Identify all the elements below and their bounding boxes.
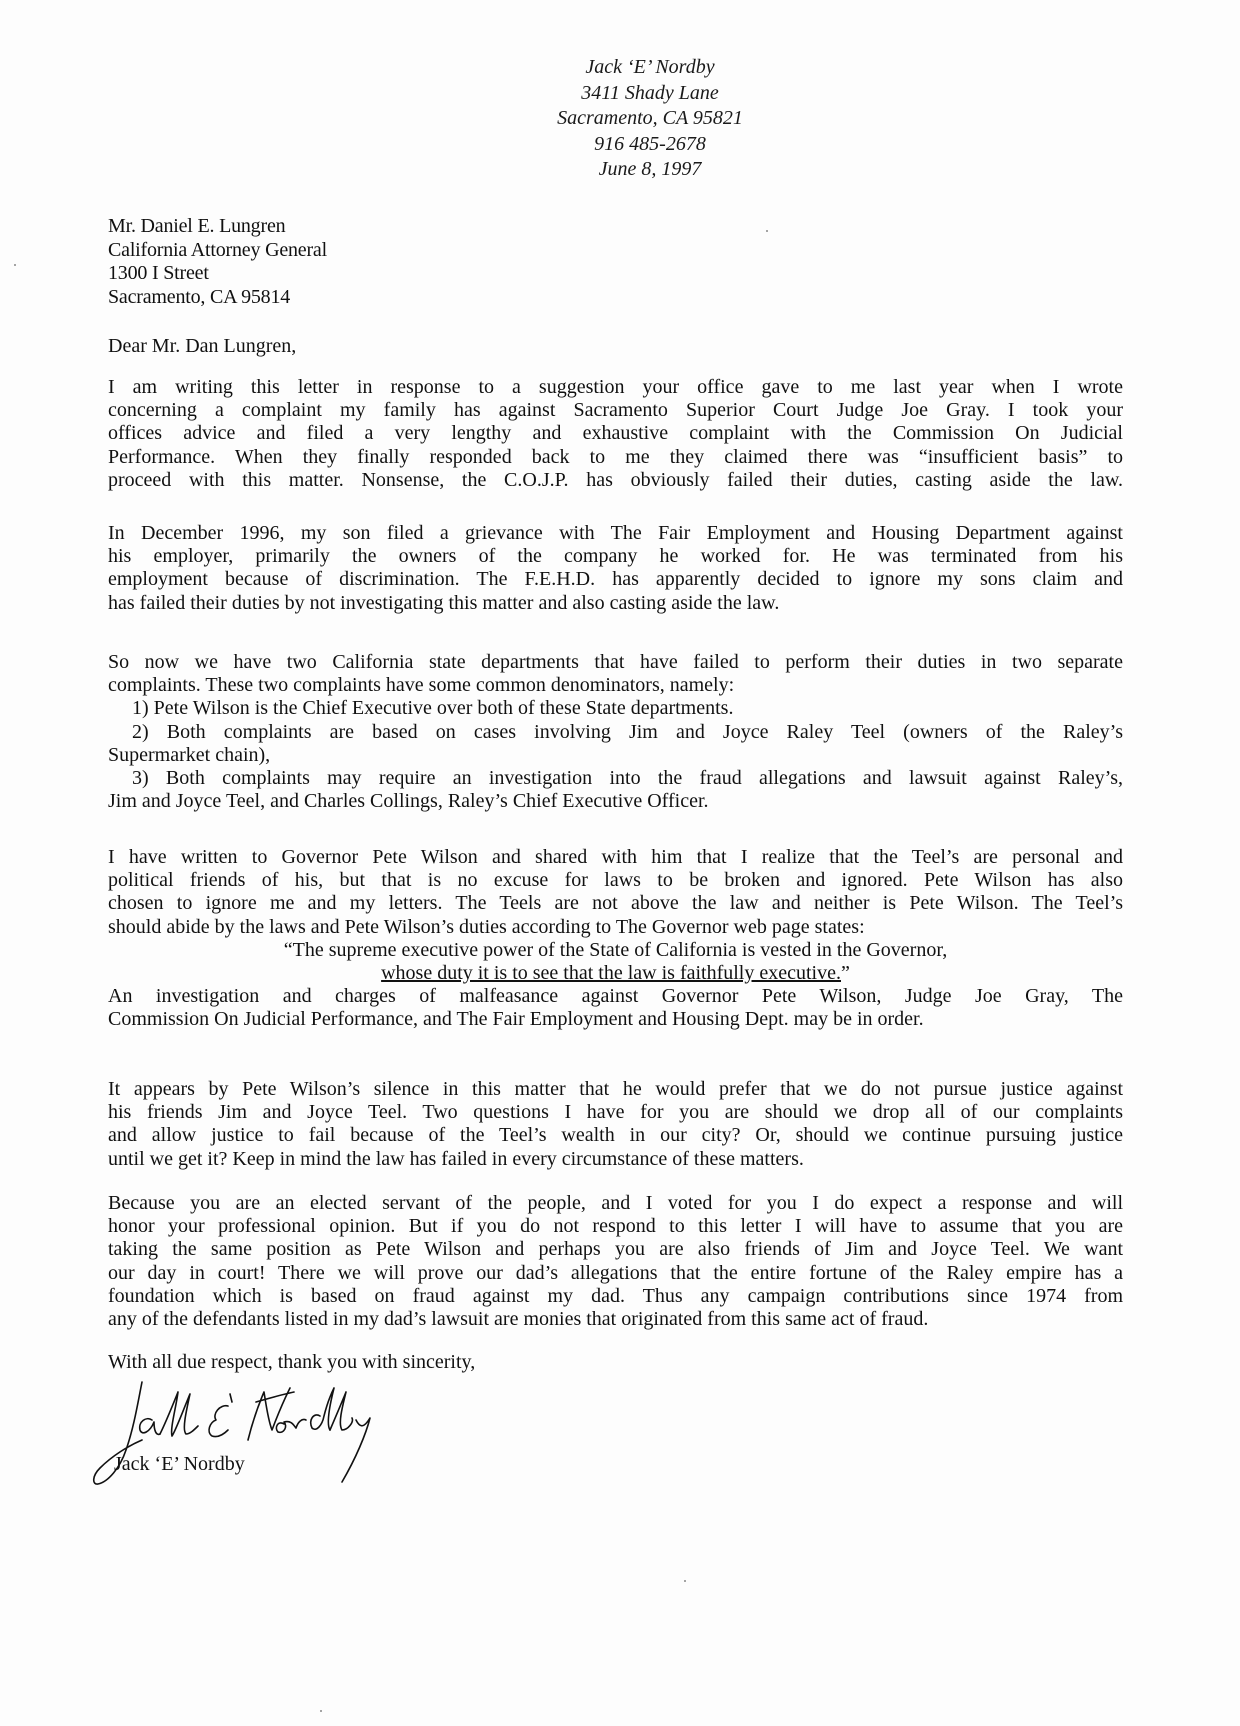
paragraph-line: honor your professional opinion. But if … bbox=[108, 1215, 1123, 1238]
list-item-2-continued: Supermarket chain), bbox=[108, 744, 1123, 767]
paragraph-line: taking the same position as Pete Wilson … bbox=[108, 1238, 1123, 1261]
governor-quote-line-1: “The supreme executive power of the Stat… bbox=[108, 939, 1123, 962]
paragraph-line: our day in court! There we will prove ou… bbox=[108, 1262, 1123, 1285]
recipient-street: 1300 I Street bbox=[108, 262, 327, 286]
paragraph-line: I am writing this letter in response to … bbox=[108, 376, 1123, 399]
body-paragraph-4: I have written to Governor Pete Wilson a… bbox=[108, 846, 1123, 1032]
paragraph-line: Because you are an elected servant of th… bbox=[108, 1192, 1123, 1215]
paragraph-line: concerning a complaint my family has aga… bbox=[108, 399, 1123, 422]
paragraph-line: until we get it? Keep in mind the law ha… bbox=[108, 1148, 1123, 1171]
paragraph-line: foundation which is based on fraud again… bbox=[108, 1285, 1123, 1308]
closing-line: With all due respect, thank you with sin… bbox=[108, 1350, 475, 1374]
paragraph-line: his employer, primarily the owners of th… bbox=[108, 545, 1123, 568]
salutation: Dear Mr. Dan Lungren, bbox=[108, 334, 296, 358]
body-paragraph-5: It appears by Pete Wilson’s silence in t… bbox=[108, 1078, 1123, 1171]
recipient-address-block: Mr. Daniel E. Lungren California Attorne… bbox=[108, 215, 327, 309]
scan-speck bbox=[320, 1710, 322, 1712]
paragraph-line: offices advice and filed a very lengthy … bbox=[108, 422, 1123, 445]
governor-quote-line-2: whose duty it is to see that the law is … bbox=[108, 962, 1123, 985]
recipient-name: Mr. Daniel E. Lungren bbox=[108, 215, 327, 239]
signer-name: Jack ‘E’ Nordby bbox=[114, 1452, 245, 1476]
sender-phone: 916 485-2678 bbox=[520, 132, 780, 158]
letter-date: June 8, 1997 bbox=[520, 157, 780, 183]
paragraph-line: Performance. When they finally responded… bbox=[108, 446, 1123, 469]
quote-close: ” bbox=[841, 962, 850, 984]
scan-speck bbox=[766, 230, 768, 232]
scan-speck bbox=[14, 264, 16, 266]
paragraph-line: I have written to Governor Pete Wilson a… bbox=[108, 846, 1123, 869]
underlined-quote: whose duty it is to see that the law is … bbox=[381, 962, 841, 984]
list-item-2: 2) Both complaints are based on cases in… bbox=[108, 721, 1123, 744]
paragraph-line: complaints. These two complaints have so… bbox=[108, 674, 1123, 697]
paragraph-line: Commission On Judicial Performance, and … bbox=[108, 1008, 1123, 1031]
paragraph-line: proceed with this matter. Nonsense, the … bbox=[108, 469, 1123, 492]
body-paragraph-2: In December 1996, my son filed a grievan… bbox=[108, 522, 1123, 615]
letter-page: Jack ‘E’ Nordby 3411 Shady Lane Sacramen… bbox=[0, 0, 1240, 1726]
sender-city: Sacramento, CA 95821 bbox=[520, 106, 780, 132]
sender-street: 3411 Shady Lane bbox=[520, 81, 780, 107]
sender-name: Jack ‘E’ Nordby bbox=[520, 55, 780, 81]
scan-speck bbox=[684, 1580, 686, 1582]
paragraph-line: political friends of his, but that is no… bbox=[108, 869, 1123, 892]
recipient-city: Sacramento, CA 95814 bbox=[108, 286, 327, 310]
paragraph-line: An investigation and charges of malfeasa… bbox=[108, 985, 1123, 1008]
list-item-3-continued: Jim and Joyce Teel, and Charles Collings… bbox=[108, 790, 1123, 813]
paragraph-line: So now we have two California state depa… bbox=[108, 651, 1123, 674]
list-item-1: 1) Pete Wilson is the Chief Executive ov… bbox=[108, 697, 1123, 720]
paragraph-line: employment because of discrimination. Th… bbox=[108, 568, 1123, 591]
paragraph-line: and allow justice to fail because of the… bbox=[108, 1124, 1123, 1147]
body-paragraph-3: So now we have two California state depa… bbox=[108, 651, 1123, 813]
body-paragraph-6: Because you are an elected servant of th… bbox=[108, 1192, 1123, 1331]
paragraph-line: chosen to ignore me and my letters. The … bbox=[108, 892, 1123, 915]
paragraph-line: It appears by Pete Wilson’s silence in t… bbox=[108, 1078, 1123, 1101]
recipient-title: California Attorney General bbox=[108, 239, 327, 263]
paragraph-line: should abide by the laws and Pete Wilson… bbox=[108, 916, 1123, 939]
list-item-3: 3) Both complaints may require an invest… bbox=[108, 767, 1123, 790]
paragraph-line: any of the defendants listed in my dad’s… bbox=[108, 1308, 1123, 1331]
body-paragraph-1: I am writing this letter in response to … bbox=[108, 376, 1123, 492]
paragraph-line: In December 1996, my son filed a grievan… bbox=[108, 522, 1123, 545]
sender-address-block: Jack ‘E’ Nordby 3411 Shady Lane Sacramen… bbox=[520, 55, 780, 183]
paragraph-line: has failed their duties by not investiga… bbox=[108, 592, 1123, 615]
paragraph-line: his friends Jim and Joyce Teel. Two ques… bbox=[108, 1101, 1123, 1124]
